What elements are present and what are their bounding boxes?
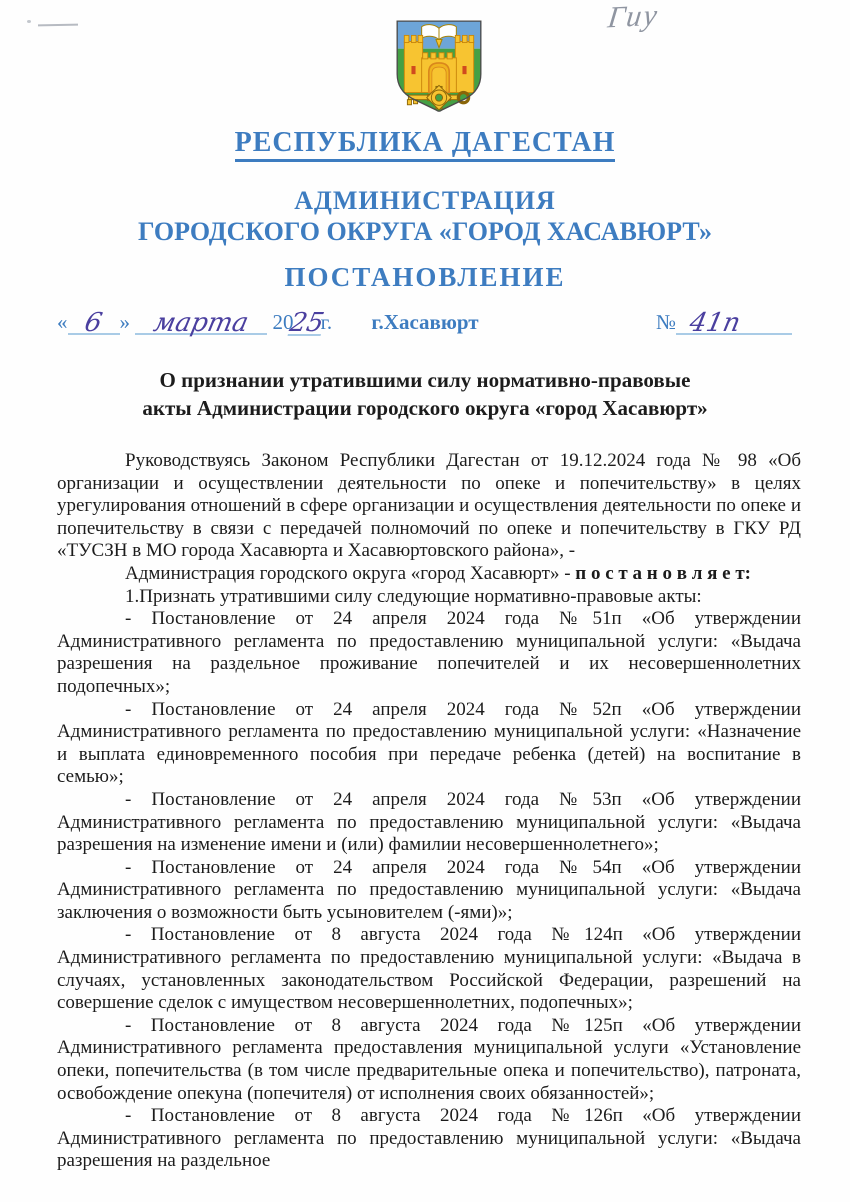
scanned-decree-page: Гиу	[0, 0, 850, 1202]
resolve-word: п о с т а н о в л я е т:	[575, 563, 751, 584]
coat-of-arms	[388, 17, 490, 114]
number-blank: 41п	[676, 311, 792, 335]
decree-title-line1: О признании утратившими силу нормативно-…	[0, 366, 850, 394]
decree-title-line2: акты Администрации городского округа «го…	[0, 394, 850, 422]
coat-of-arms-icon	[388, 17, 490, 114]
number-sign: №	[656, 310, 676, 334]
list-item: - Постановление от 24 апреля 2024 года №…	[57, 699, 801, 789]
resolve-prefix: Администрация городского округа «город Х…	[125, 563, 575, 584]
scan-artifact-line	[38, 24, 78, 27]
list-item: - Постановление от 8 августа 2024 года №…	[57, 924, 801, 1014]
header-republic-text: РЕСПУБЛИКА ДАГЕСТАН	[235, 127, 616, 162]
decree-title: О признании утратившими силу нормативно-…	[0, 366, 850, 422]
list-item: - Постановление от 24 апреля 2024 года №…	[57, 789, 801, 857]
scan-artifact-dot	[27, 20, 31, 23]
list-item: - Постановление от 24 апреля 2024 года №…	[57, 608, 801, 698]
number-handwritten: 41п	[688, 313, 742, 334]
header-administration-line2: ГОРОДСКОГО ОКРУГА «ГОРОД ХАСАВЮРТ»	[0, 217, 850, 247]
list-item: - Постановление от 8 августа 2024 года №…	[57, 1105, 801, 1173]
number-field: №41п	[656, 310, 792, 335]
decree-body: Руководствуясь Законом Республики Дагест…	[57, 450, 801, 1173]
list-intro: 1.Признать утратившими силу следующие но…	[57, 586, 801, 609]
meta-row: «6» марта 2025г. г.Хасавюрт №41п	[0, 306, 850, 346]
header-doc-type: ПОСТАНОВЛЕНИЕ	[0, 262, 850, 293]
list-item: - Постановление от 8 августа 2024 года №…	[57, 1015, 801, 1105]
list-item: - Постановление от 24 апреля 2024 года №…	[57, 857, 801, 925]
pencil-annotation: Гиу	[606, 0, 661, 35]
resolve-paragraph: Администрация городского округа «город Х…	[57, 563, 801, 586]
preamble-paragraph: Руководствуясь Законом Республики Дагест…	[57, 450, 801, 563]
header-administration-line1: АДМИНИСТРАЦИЯ	[0, 186, 850, 216]
header-republic: РЕСПУБЛИКА ДАГЕСТАН	[0, 127, 850, 159]
